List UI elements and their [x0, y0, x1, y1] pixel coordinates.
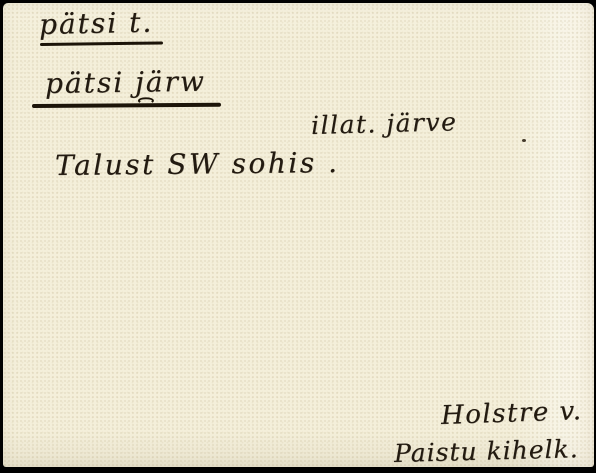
ink-dot [522, 139, 526, 142]
variant-underline-stroke [32, 103, 221, 108]
heading-underline-stroke [40, 41, 163, 46]
parish-name: Paistu kihelk. [394, 434, 579, 468]
lake-name-heading: pätsi t. [39, 6, 154, 41]
lake-name-variant: pätsi järw [45, 65, 206, 100]
index-card-paper: pätsi t. pätsi järw illat. järve Talust … [3, 3, 594, 467]
location-description: Talust SW sohis . [55, 146, 340, 182]
scanned-card-frame: pätsi t. pätsi järw illat. järve Talust … [0, 0, 596, 473]
village-name: Holstre v. [440, 396, 582, 431]
case-form-note: illat. järve [311, 107, 458, 140]
